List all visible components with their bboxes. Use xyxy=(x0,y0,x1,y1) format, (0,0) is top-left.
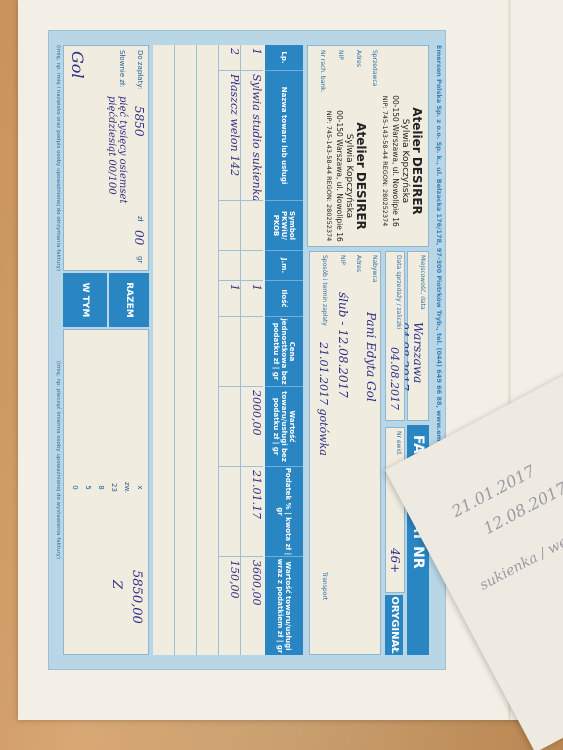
to-pay-value: 5850 xyxy=(132,106,146,137)
total-gross: 5850,00 xyxy=(129,570,144,624)
vat-rates-column: x zw. 23 8 5 0 xyxy=(68,482,146,493)
table-row: 1 Sylwia studio sukienka 1 2000,00 21.01… xyxy=(240,45,263,655)
vat-invoice-form: Emerson Polska Sp. z o.o. Sp. k., ul. Be… xyxy=(48,30,446,670)
invoice-header: FAKTURA VAT NR Miejscowość, data Warszaw… xyxy=(309,251,429,655)
original-badge: ORYGINAŁ xyxy=(385,595,403,655)
seller-address-label: Adres xyxy=(355,50,362,67)
vat-summary-grid: x zw. 23 8 5 0 5850,00 Z xyxy=(63,329,149,655)
amount-in-words: pięć tysięcy osiemset pięćdziesiąt 00/10… xyxy=(106,96,128,266)
items-table: Lp. Nazwa towaru lub usługi Symbol PKWiU… xyxy=(153,45,303,655)
razem-label: RAZEM xyxy=(109,273,149,327)
summary-section: Do zapłaty: 5850 zł 00 gr Słownie zł: pi… xyxy=(63,45,149,655)
seller-bank-label: Nr rach. bank. xyxy=(319,50,326,93)
buyer-section: Nabywca Pani Edyta Gol Adres NIP ślub - … xyxy=(309,251,381,655)
buyer-name: Pani Edyta Gol xyxy=(364,312,378,402)
seller-nip-label: NIP xyxy=(337,50,344,60)
seller-label: Sprzedawca xyxy=(371,50,378,86)
sale-date-field: Data sprzedaży / zaliczki 04.08.2017 xyxy=(385,251,405,421)
table-row-empty xyxy=(153,45,175,655)
issuer-caption: (imię, np. pieczęć imienna osoby upoważn… xyxy=(55,361,61,651)
printer-line: Emerson Polska Sp. z o.o. Sp. k., ul. Be… xyxy=(435,45,443,471)
seller-stamp-mid: Atelier DESIRER Sylwia Kopczyńska 00-150… xyxy=(324,106,366,246)
table-header: Lp. Nazwa towaru lub usługi Symbol PKWiU… xyxy=(265,45,303,655)
buyer-nip-value: ślub - 12.08.2017 xyxy=(336,292,350,398)
invoice-number-field: Nr ewid. 46+ xyxy=(385,427,405,593)
invoice-photo: Emerson Polska Sp. z o.o. Sp. k., ul. Be… xyxy=(48,30,446,670)
seller-section: Atelier DESIRER Sylwia Kopczyńska 00-150… xyxy=(307,45,429,247)
place-date-field: Miejscowość, data Warszawa 04.08.2017 xyxy=(407,251,429,421)
receiver-signature: Gol xyxy=(68,51,87,79)
seller-stamp-top: Atelier DESIRER Sylwia Kopczyńska 00-150… xyxy=(380,86,422,236)
w-tym-label: W TYM xyxy=(63,273,107,327)
payment-box: Do zapłaty: 5850 zł 00 gr Słownie zł: pi… xyxy=(63,45,149,271)
receiver-caption: (imię, np. imię i nazwisko oraz podpis o… xyxy=(55,45,61,345)
table-row: 2 Płaszcz welon 142 1 150,00 xyxy=(218,45,241,655)
payment-terms: 21.01.2017 gotówka xyxy=(317,342,330,456)
table-row-empty xyxy=(196,45,219,655)
table-row-empty xyxy=(174,45,197,655)
